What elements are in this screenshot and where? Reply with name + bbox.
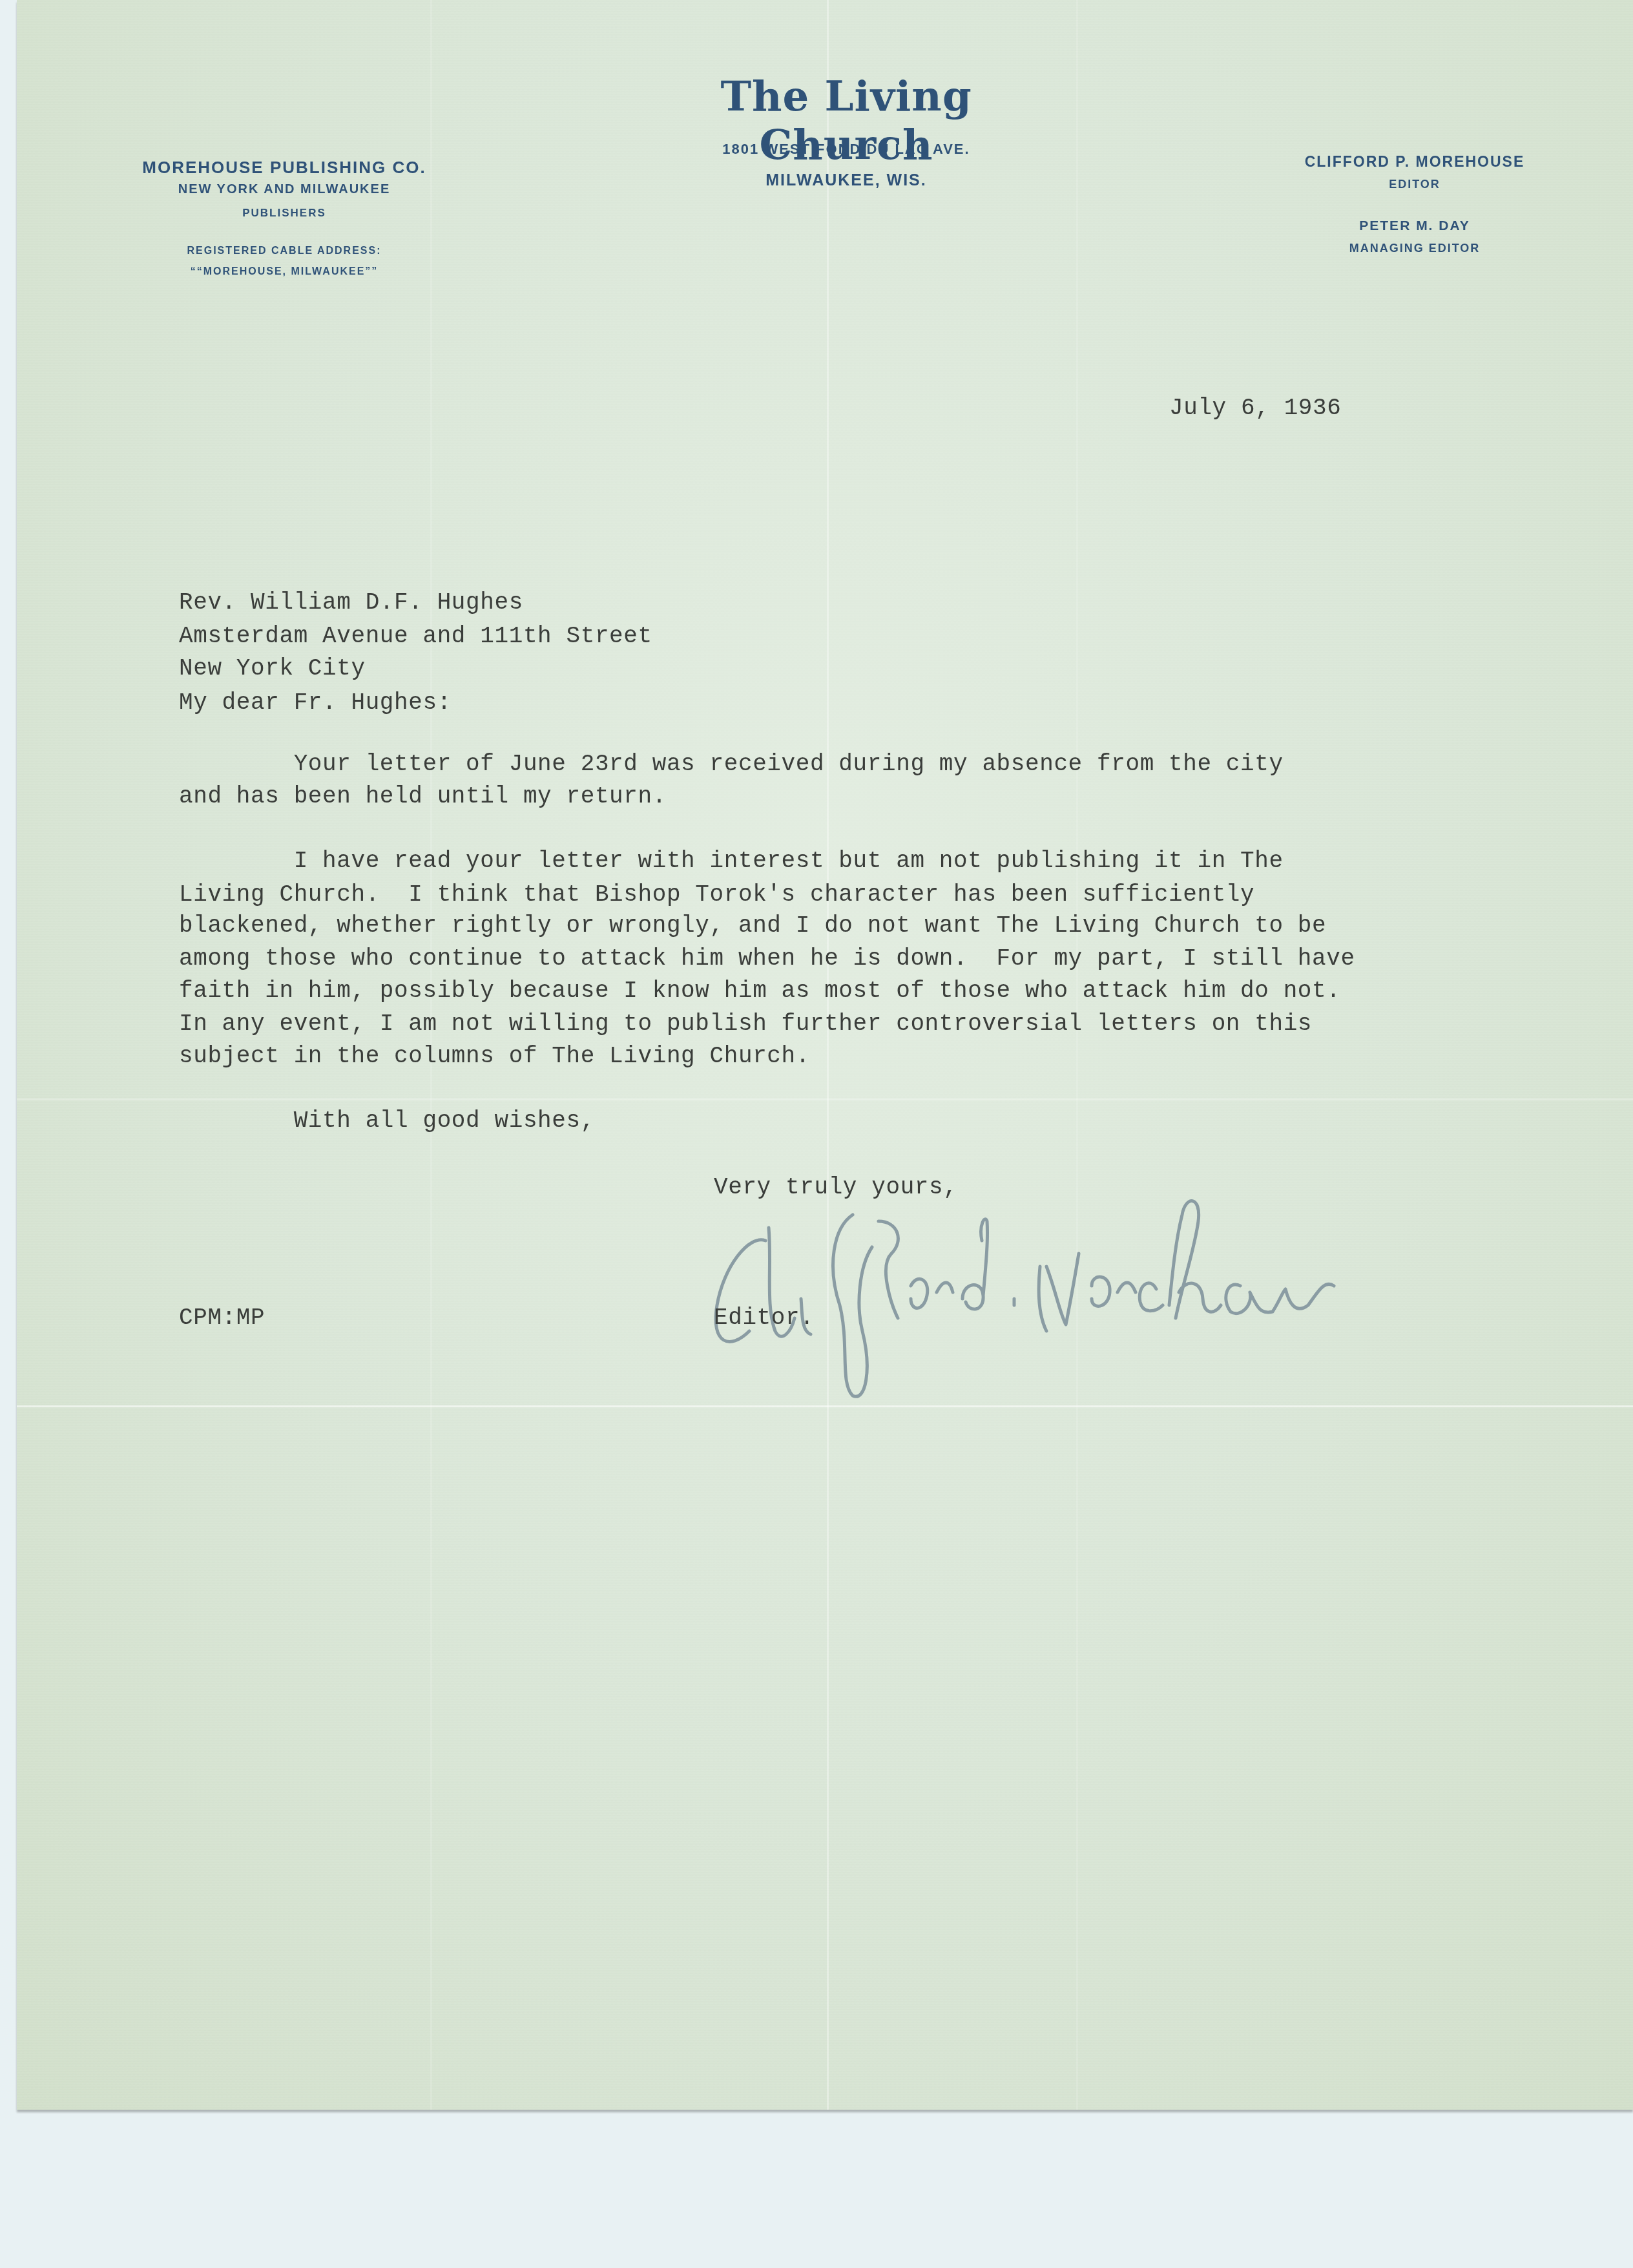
handwritten-signature [704, 1137, 1633, 1409]
paper-fold-vertical [827, 0, 829, 2110]
editor-name: CLIFFORD P. MOREHOUSE [1253, 153, 1576, 171]
paragraph2-line: subject in the columns of The Living Chu… [179, 1040, 810, 1073]
paragraph2-line: In any event, I am not willing to publis… [179, 1008, 1312, 1040]
closing-wish: With all good wishes, [179, 1105, 595, 1137]
paper-fold-vertical [1076, 0, 1078, 2110]
paragraph2-line: blackened, whether rightly or wrongly, a… [179, 910, 1326, 942]
publisher-name: MOREHOUSE PUBLISHING CO. [103, 158, 465, 178]
publisher-cities: NEW YORK AND MILWAUKEE [103, 182, 465, 197]
letter-date: July 6, 1936 [1169, 392, 1341, 425]
recipient-name: Rev. William D.F. Hughes [179, 587, 523, 619]
paragraph2-line: Living Church. I think that Bishop Torok… [179, 879, 1254, 911]
paper-fold-horizontal [17, 1098, 1633, 1100]
paragraph2-line: faith in him, possibly because I know hi… [179, 975, 1340, 1007]
paragraph1-line: Your letter of June 23rd was received du… [179, 748, 1284, 781]
cable-address-label: REGISTERED CABLE ADDRESS: [103, 246, 465, 257]
salutation: My dear Fr. Hughes: [179, 687, 452, 719]
letterhead-address-line2: MILWAUKEE, WIS. [646, 171, 1046, 190]
managing-editor-title: MANAGING EDITOR [1253, 242, 1576, 255]
reference-initials: CPM:MP [179, 1302, 265, 1334]
managing-editor-name: PETER M. DAY [1253, 218, 1576, 234]
publisher-role: PUBLISHERS [103, 207, 465, 220]
paragraph2-line: I have read your letter with interest bu… [179, 845, 1284, 877]
editor-title: EDITOR [1253, 178, 1576, 191]
cable-address-value: ““MOREHOUSE, MILWAUKEE”” [103, 266, 465, 278]
paragraph2-line: among those who continue to attack him w… [179, 943, 1355, 975]
signer-title: Editor. [714, 1302, 814, 1334]
recipient-city: New York City [179, 653, 366, 685]
letterhead-address-line1: 1801 WEST FOND DU LAC AVE. [646, 141, 1046, 158]
recipient-street: Amsterdam Avenue and 111th Street [179, 620, 652, 653]
paragraph1-line: and has been held until my return. [179, 781, 667, 813]
